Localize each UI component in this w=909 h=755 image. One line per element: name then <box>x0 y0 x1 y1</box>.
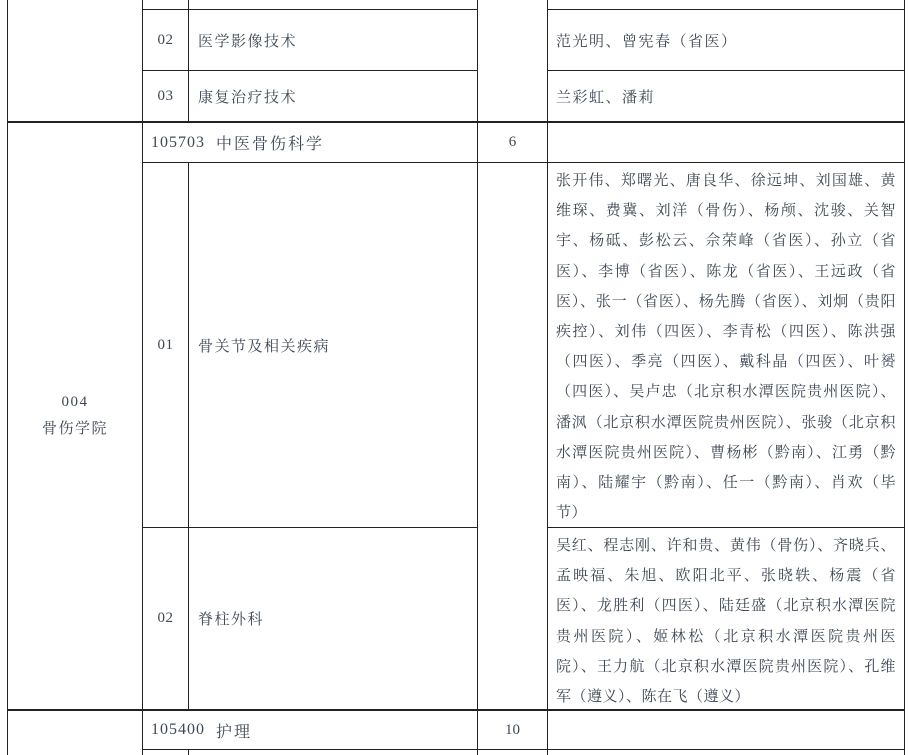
program-name: 医学影像技术 <box>189 10 478 71</box>
major-name: 中医骨伤科学 <box>216 131 324 154</box>
program-name: 康复治疗技术 <box>189 71 478 122</box>
supervisors-cell-empty <box>548 710 905 750</box>
code-cell-sliver-top <box>143 0 189 10</box>
college-code: 004 <box>62 389 89 416</box>
supervisors-list: 范光明、曾宪春（省医） <box>548 10 905 71</box>
college-cell-next <box>7 710 143 755</box>
direction-code: 02 <box>143 10 189 71</box>
major-row-nursing: 105400 护理 <box>143 710 478 750</box>
major-quota: 10 <box>478 710 548 750</box>
direction-code: 03 <box>143 71 189 122</box>
major-quota: 6 <box>478 122 548 163</box>
supervisors-list: 兰彩虹、潘莉 <box>548 71 905 122</box>
major-code: 105400 <box>151 721 205 739</box>
program-cell-sliver-bottom <box>189 750 478 755</box>
supervisors-cell-sliver-top <box>548 0 905 10</box>
quota-cell-sliver-bottom <box>478 750 548 755</box>
program-name: 骨关节及相关疾病 <box>189 163 478 528</box>
major-name: 护理 <box>216 719 252 742</box>
supervisors-cell-empty <box>548 122 905 163</box>
admissions-table: 02 医学影像技术 范光明、曾宪春（省医） 03 康复治疗技术 兰彩虹、潘莉 0… <box>7 0 905 755</box>
supervisors-list: 吴红、程志刚、许和贵、黄伟（骨伤）、齐晓兵、孟映福、朱旭、欧阳北平、张晓轶、杨震… <box>548 528 905 710</box>
quota-cell-previous-merged <box>478 0 548 122</box>
supervisors-list: 张开伟、郑曙光、唐良华、徐远坤、刘国雄、黄维琛、费冀、刘洋（骨伤）、杨颅、沈骏、… <box>548 163 905 528</box>
program-name: 脊柱外科 <box>189 528 478 710</box>
college-cell-previous <box>7 0 143 122</box>
quota-cell-merged-empty <box>478 163 548 710</box>
direction-code: 02 <box>143 528 189 710</box>
major-code: 105703 <box>151 134 205 152</box>
code-cell-sliver-bottom <box>143 750 189 755</box>
college-cell: 004 骨伤学院 <box>7 122 143 710</box>
direction-code: 01 <box>143 163 189 528</box>
college-name: 骨伤学院 <box>42 416 108 443</box>
program-cell-sliver-top <box>189 0 478 10</box>
major-row-tcm-orthopedics: 105703 中医骨伤科学 <box>143 122 478 163</box>
supervisors-cell-sliver-bottom <box>548 750 905 755</box>
